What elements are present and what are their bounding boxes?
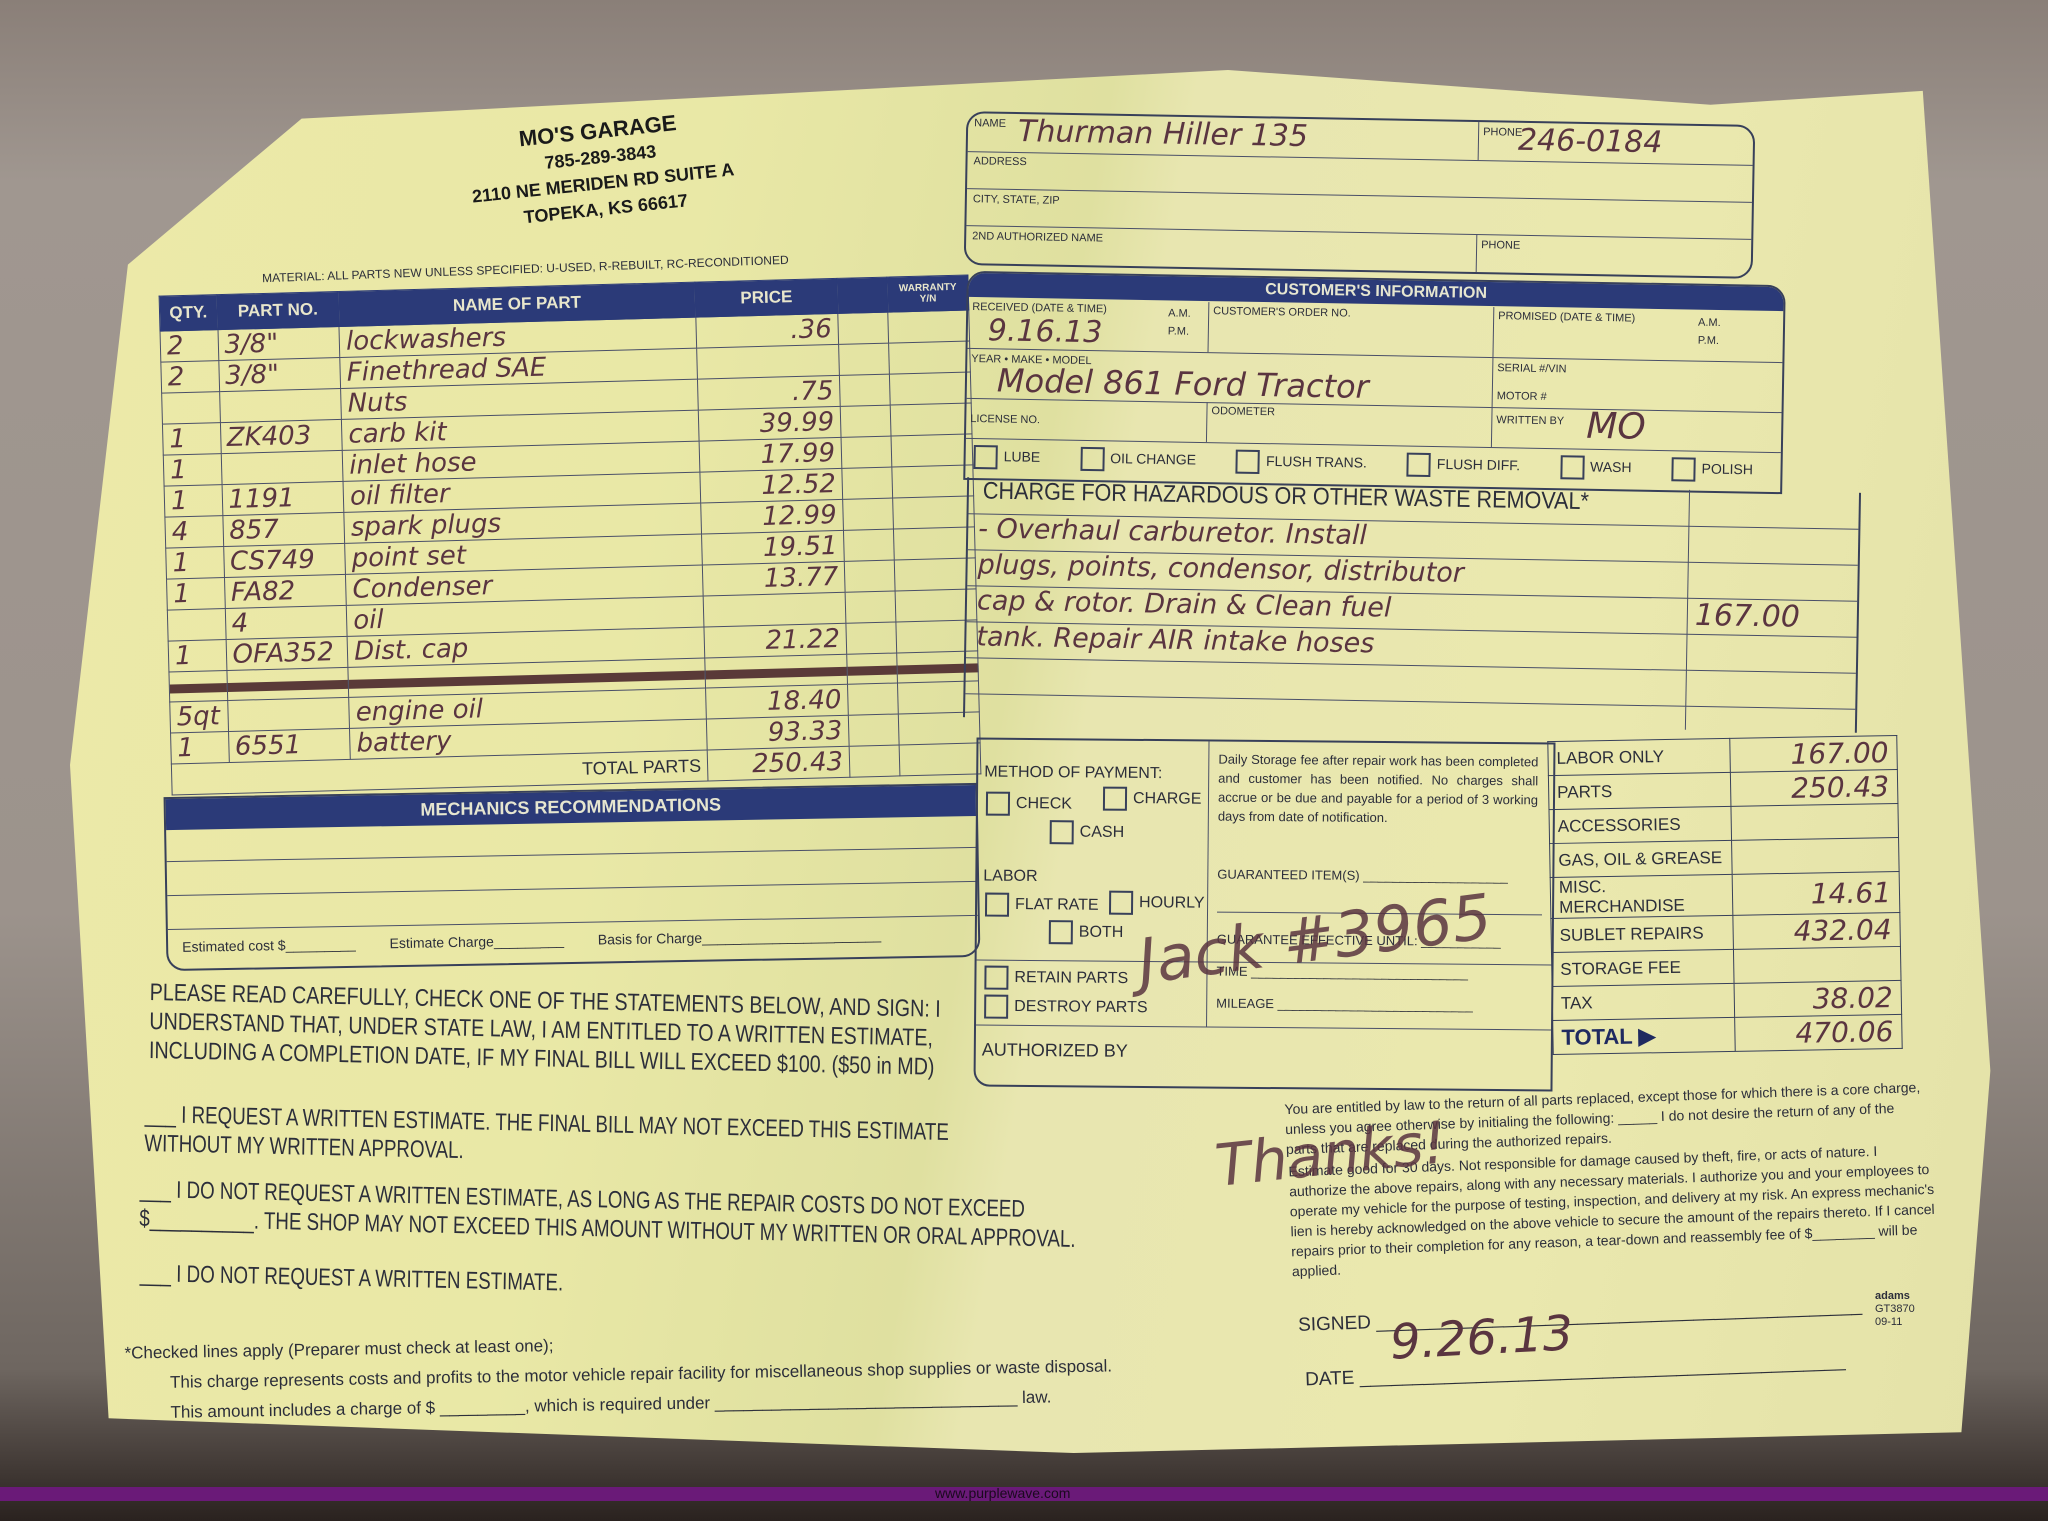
license-label: LICENSE NO. — [970, 413, 1040, 426]
part-part-no — [221, 450, 343, 484]
part-part-no: 6551 — [228, 728, 350, 762]
part-part-no: ZK403 — [220, 419, 342, 453]
part-qty: 2 — [161, 361, 219, 393]
labor-both[interactable]: BOTH — [1049, 920, 1124, 945]
motor-label: MOTOR # — [1497, 390, 1547, 403]
totals-row: TAX38.02 — [1552, 980, 1902, 1020]
totals-label: MISC. MERCHANDISE — [1550, 874, 1733, 918]
part-price: 18.40 — [706, 684, 849, 719]
odometer-label: ODOMETER — [1211, 405, 1275, 418]
service-checkbox[interactable] — [1671, 457, 1695, 481]
payment-check[interactable]: CHECK — [986, 792, 1072, 817]
promised-am: A.M. — [1698, 314, 1721, 332]
promised-pm: P.M. — [1698, 332, 1721, 350]
col-qty: QTY. — [159, 295, 217, 331]
part-part-no: 3/8" — [218, 357, 340, 391]
totals-label: GAS, OIL & GREASE — [1550, 840, 1733, 877]
part-part-no — [226, 667, 348, 700]
totals-row: SUBLET REPAIRS432.04 — [1551, 912, 1901, 952]
service-oil-change[interactable]: OIL CHANGE — [1080, 447, 1196, 473]
totals-label: TAX — [1552, 983, 1735, 1020]
customer-box: NAME Thurman Hiller 135 PHONE 246-0184 A… — [964, 111, 1756, 279]
part-price: 17.99 — [699, 437, 842, 472]
part-qty — [162, 392, 220, 424]
charge-checkbox[interactable] — [1103, 787, 1127, 811]
service-lube[interactable]: LUBE — [973, 445, 1040, 470]
work-line: tank. Repair AIR intake hoses — [976, 621, 1374, 659]
labor-flat-rate[interactable]: FLAT RATE — [985, 893, 1099, 918]
part-qty: 5qt — [170, 701, 228, 733]
part-qty: 2 — [160, 330, 218, 362]
services-row: LUBEOIL CHANGEFLUSH TRANS.FLUSH DIFF.WAS… — [973, 445, 1753, 483]
estimate-charge-label: Estimate Charge — [389, 933, 494, 951]
part-qty: 1 — [164, 485, 222, 517]
payment-charge[interactable]: CHARGE — [1103, 787, 1202, 812]
am-label: A.M. — [1168, 304, 1191, 322]
part-price: 39.99 — [698, 406, 841, 441]
totals-label: LABOR ONLY — [1548, 738, 1731, 775]
service-checkbox[interactable] — [1407, 453, 1431, 477]
totals-value — [1733, 946, 1901, 983]
destroy-parts[interactable]: DESTROY PARTS — [984, 995, 1148, 1020]
part-qty — [169, 671, 227, 702]
part-price: .36 — [696, 313, 839, 348]
parts-table: QTY. PART NO. NAME OF PART PRICE WARRANT… — [159, 274, 982, 795]
order-label: CUSTOMER'S ORDER NO. — [1213, 305, 1351, 319]
part-qty — [167, 609, 225, 641]
service-checkbox[interactable] — [973, 445, 997, 469]
totals-label: STORAGE FEE — [1551, 949, 1734, 986]
service-polish[interactable]: POLISH — [1671, 457, 1753, 482]
promised-label: PROMISED (DATE & TIME) — [1498, 310, 1635, 324]
part-price: 21.22 — [704, 623, 847, 658]
footnote: *Checked lines apply (Preparer must chec… — [124, 1321, 1112, 1428]
service-flush-trans[interactable]: FLUSH TRANS. — [1236, 450, 1367, 476]
authorized-by-label: AUTHORIZED BY — [982, 1040, 1128, 1062]
service-checkbox[interactable] — [1560, 455, 1584, 479]
payment-cash[interactable]: CASH — [1050, 820, 1125, 845]
work-section: CHARGE FOR HAZARDOUS OR OTHER WASTE REMO… — [963, 477, 1861, 733]
payment-section: METHOD OF PAYMENT: CHECK CHARGE CASH LAB… — [973, 737, 1555, 1091]
service-checkbox[interactable] — [1080, 447, 1104, 471]
guarantee-mileage[interactable]: MILEAGE ___________________________ — [1216, 996, 1473, 1013]
part-price: 12.99 — [701, 499, 844, 534]
watermark-url[interactable]: www.purplewave.com — [935, 1485, 1070, 1501]
pm-label: P.M. — [1168, 322, 1191, 340]
form-number: GT3870 — [1875, 1303, 1915, 1316]
col-part-no: PART NO. — [217, 291, 340, 329]
totals-row: MISC. MERCHANDISE14.61 — [1550, 871, 1900, 918]
part-price: 19.51 — [702, 530, 845, 565]
part-price: 13.77 — [702, 561, 845, 596]
both-checkbox[interactable] — [1049, 920, 1073, 944]
customer-phone: 246-0184 — [1518, 123, 1663, 161]
written-by-value: MO — [1586, 406, 1646, 448]
totals-row: LABOR ONLY167.00 — [1548, 735, 1898, 775]
part-qty: 1 — [171, 732, 229, 764]
part-qty: 1 — [168, 640, 226, 672]
totals-table: LABOR ONLY167.00PARTS250.43ACCESSORIESGA… — [1547, 735, 1902, 1055]
part-part-no: CS749 — [223, 543, 345, 577]
second-phone-label: PHONE — [1481, 239, 1520, 252]
col-blank — [837, 277, 888, 313]
address-label: ADDRESS — [973, 155, 1026, 168]
basis-label: Basis for Charge — [598, 930, 703, 948]
retain-parts[interactable]: RETAIN PARTS — [984, 966, 1128, 991]
cash-checkbox[interactable] — [1050, 820, 1074, 844]
part-part-no — [219, 388, 341, 422]
work-line: cap & rotor. Drain & Clean fuel — [977, 585, 1392, 623]
part-price: .75 — [697, 375, 840, 410]
work-amount: 167.00 — [1695, 598, 1801, 635]
service-flush-diff[interactable]: FLUSH DIFF. — [1407, 453, 1521, 479]
second-name-label: 2ND AUTHORIZED NAME — [972, 230, 1103, 244]
name-label: NAME — [974, 117, 1006, 130]
serial-label: SERIAL #/VIN — [1497, 362, 1566, 375]
destroy-parts-checkbox[interactable] — [984, 995, 1008, 1019]
written-by-label: WRITTEN BY — [1496, 414, 1564, 427]
totals-value: 14.61 — [1732, 871, 1900, 915]
labor-hourly[interactable]: HOURLY — [1109, 891, 1205, 916]
customer-info: CUSTOMER'S INFORMATION RECEIVED (DATE & … — [963, 271, 1786, 494]
part-qty: 1 — [167, 578, 225, 610]
part-qty: 1 — [162, 423, 220, 455]
recommendations-section: MECHANICS RECOMMENDATIONS Estimated cost… — [164, 783, 981, 971]
service-wash[interactable]: WASH — [1560, 455, 1632, 480]
hourly-checkbox[interactable] — [1109, 891, 1133, 915]
totals-value: 167.00 — [1730, 735, 1898, 772]
work-line: - Overhaul carburetor. Install — [978, 513, 1367, 551]
part-price: 12.52 — [700, 468, 843, 503]
form-code: adams GT3870 09-11 — [1875, 1290, 1915, 1329]
totals-value: 432.04 — [1733, 912, 1901, 949]
totals-value — [1731, 803, 1899, 840]
part-part-no: 857 — [222, 512, 344, 546]
customer-name: Thurman Hiller 135 — [1018, 114, 1309, 154]
signed-date: 9.26.13 — [1389, 1305, 1575, 1371]
part-price — [697, 344, 840, 379]
part-part-no: 4 — [225, 605, 347, 639]
labor-title: LABOR — [983, 868, 1037, 886]
totals-label: TOTAL ▶ — [1553, 1017, 1736, 1054]
estimated-cost-label: Estimated cost $ — [182, 937, 286, 955]
part-part-no: FA82 — [224, 574, 346, 608]
totals-value: 38.02 — [1734, 980, 1902, 1017]
totals-label: SUBLET REPAIRS — [1551, 915, 1734, 952]
totals-value: 470.06 — [1735, 1014, 1903, 1051]
part-qty: 1 — [163, 454, 221, 486]
work-line: plugs, points, condensor, distributor — [977, 549, 1464, 588]
phone-label: PHONE — [1483, 126, 1522, 139]
part-part-no: OFA352 — [226, 636, 348, 670]
estimate-intro: PLEASE READ CAREFULLY, CHECK ONE OF THE … — [149, 978, 978, 1083]
city-label: CITY, STATE, ZIP — [973, 193, 1060, 207]
total-parts-value: 250.43 — [707, 746, 850, 781]
part-price: 93.33 — [706, 715, 849, 750]
form-revision: 09-11 — [1875, 1316, 1915, 1329]
part-part-no: 1191 — [222, 481, 344, 515]
part-price — [703, 592, 846, 627]
watermark-bar: www.purplewave.com — [0, 1487, 2048, 1501]
check-checkbox[interactable] — [986, 792, 1010, 816]
part-qty: 1 — [166, 547, 224, 579]
part-part-no: 3/8" — [218, 326, 340, 360]
col-price: PRICE — [695, 278, 838, 317]
part-qty: 4 — [165, 516, 223, 548]
totals-label: PARTS — [1548, 772, 1731, 809]
totals-row: PARTS250.43 — [1548, 769, 1898, 809]
part-part-no — [227, 697, 349, 731]
totals-value — [1732, 837, 1900, 874]
received-date: 9.16.13 — [988, 313, 1103, 350]
payment-title: METHOD OF PAYMENT: — [984, 764, 1162, 784]
flat-rate-checkbox[interactable] — [985, 893, 1009, 917]
totals-value: 250.43 — [1730, 769, 1898, 806]
retain-parts-checkbox[interactable] — [984, 966, 1008, 990]
adams-logo: adams — [1875, 1290, 1915, 1303]
totals-row: TOTAL ▶470.06 — [1553, 1014, 1903, 1054]
storage-note: Daily Storage fee after repair work has … — [1218, 750, 1539, 829]
col-warranty: WARRANTY Y/N — [887, 275, 969, 312]
ymm-value: Model 861 Ford Tractor — [997, 361, 1369, 405]
part-price — [705, 654, 848, 688]
totals-label: ACCESSORIES — [1549, 806, 1732, 843]
service-checkbox[interactable] — [1236, 450, 1260, 474]
